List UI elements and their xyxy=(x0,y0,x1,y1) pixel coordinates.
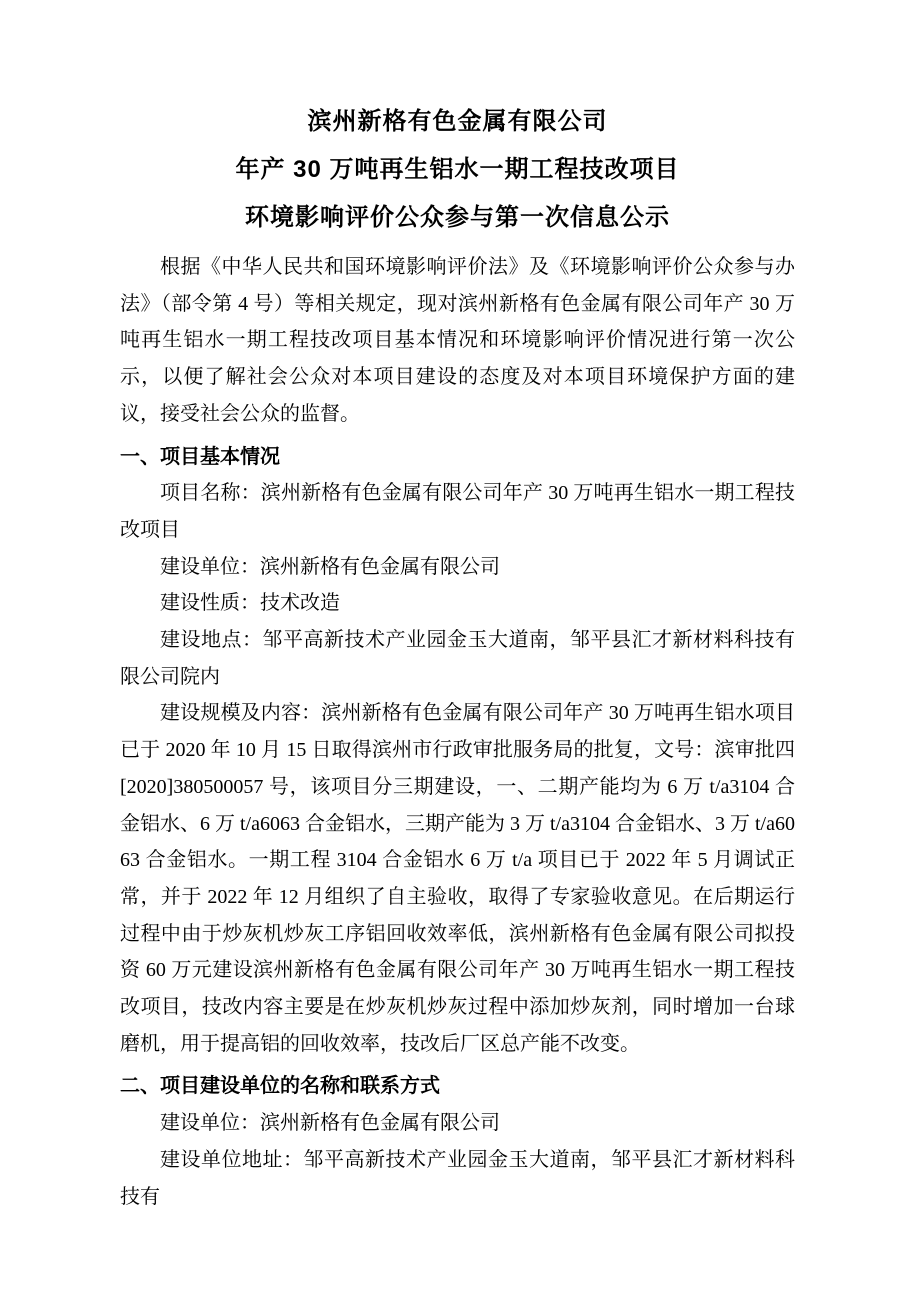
section-1-paragraph-construction-nature: 建设性质：技术改造 xyxy=(120,585,795,622)
document-title-line-1: 滨州新格有色金属有限公司 xyxy=(120,98,795,146)
document-body: 根据《中华人民共和国环境影响评价法》及《环境影响评价公众参与办法》（部令第 4 … xyxy=(120,249,795,1215)
section-1-paragraph-construction-site: 建设地点：邹平高新技术产业园金玉大道南，邹平县汇才新材料科技有限公司院内 xyxy=(120,622,795,695)
section-1-paragraph-construction-unit: 建设单位：滨州新格有色金属有限公司 xyxy=(120,549,795,586)
document-title-line-3: 环境影响评价公众参与第一次信息公示 xyxy=(120,194,795,242)
section-1-paragraph-scale-and-content: 建设规模及内容：滨州新格有色金属有限公司年产 30 万吨再生铝水项目已于 202… xyxy=(120,695,795,1062)
document-title-line-2: 年产 30 万吨再生铝水一期工程技改项目 xyxy=(120,146,795,194)
section-2-paragraph-construction-unit: 建设单位：滨州新格有色金属有限公司 xyxy=(120,1105,795,1142)
section-2-heading: 二、项目建设单位的名称和联系方式 xyxy=(120,1068,795,1105)
section-2-paragraph-construction-unit-address: 建设单位地址：邹平高新技术产业园金玉大道南，邹平县汇才新材料科技有 xyxy=(120,1142,795,1215)
intro-paragraph: 根据《中华人民共和国环境影响评价法》及《环境影响评价公众参与办法》（部令第 4 … xyxy=(120,249,795,433)
section-1-heading: 一、项目基本情况 xyxy=(120,439,795,476)
document-title-block: 滨州新格有色金属有限公司 年产 30 万吨再生铝水一期工程技改项目 环境影响评价… xyxy=(120,98,795,242)
section-1-paragraph-project-name: 项目名称：滨州新格有色金属有限公司年产 30 万吨再生铝水一期工程技改项目 xyxy=(120,475,795,548)
document-page: 滨州新格有色金属有限公司 年产 30 万吨再生铝水一期工程技改项目 环境影响评价… xyxy=(0,0,900,1307)
